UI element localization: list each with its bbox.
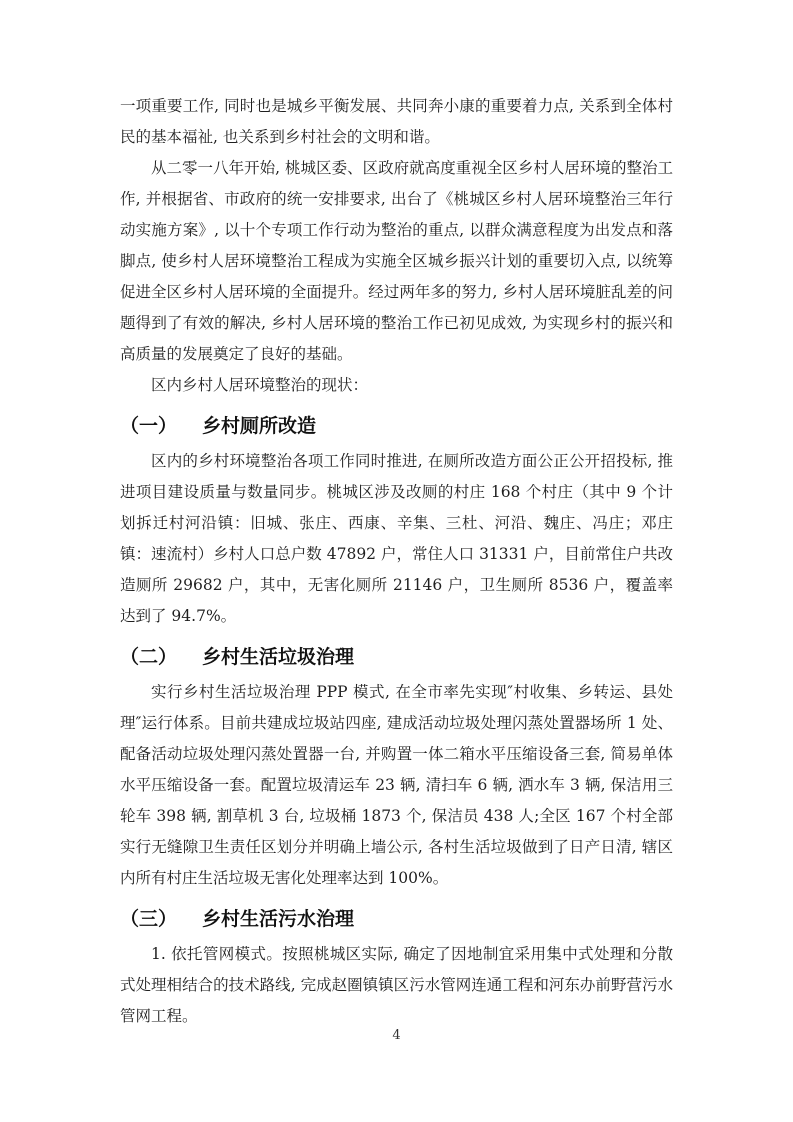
heading-number: （二） [120,640,177,674]
section-heading-2: （二）乡村生活垃圾治理 [120,640,673,674]
paragraph-garbage-treatment: 实行乡村生活垃圾治理 PPP 模式, 在全市率先实现″村收集、乡转运、县处理″运… [120,677,673,894]
paragraph-sewage-treatment: 1. 依托管网模式。按照桃城区实际, 确定了因地制宜采用集中式处理和分散式处理相… [120,939,673,1032]
paragraph-overview: 从二零一八年开始, 桃城区委、区政府就高度重视全区乡村人居环境的整治工作, 并根… [120,153,673,370]
section-heading-1: （一）乡村厕所改造 [120,409,673,443]
heading-title: 乡村生活垃圾治理 [202,646,354,668]
heading-title: 乡村生活污水治理 [202,908,354,930]
page-body: 一项重要工作, 同时也是城乡平衡发展、共同奔小康的重要着力点, 关系到全体村民的… [120,91,673,1032]
heading-title: 乡村厕所改造 [202,415,316,437]
paragraph-continuation: 一项重要工作, 同时也是城乡平衡发展、共同奔小康的重要着力点, 关系到全体村民的… [120,91,673,153]
document-page: 一项重要工作, 同时也是城乡平衡发展、共同奔小康的重要着力点, 关系到全体村民的… [0,0,793,1122]
heading-number: （一） [120,409,177,443]
page-footer: 4 [0,1026,793,1046]
paragraph-status-lead-in: 区内乡村人居环境整治的现状： [120,370,673,401]
heading-number: （三） [120,902,177,936]
paragraph-toilet-renovation: 区内的乡村环境整治各项工作同时推进, 在厕所改造方面公正公开招投标, 推进项目建… [120,446,673,632]
page-number: 4 [392,1028,400,1043]
section-heading-3: （三）乡村生活污水治理 [120,902,673,936]
